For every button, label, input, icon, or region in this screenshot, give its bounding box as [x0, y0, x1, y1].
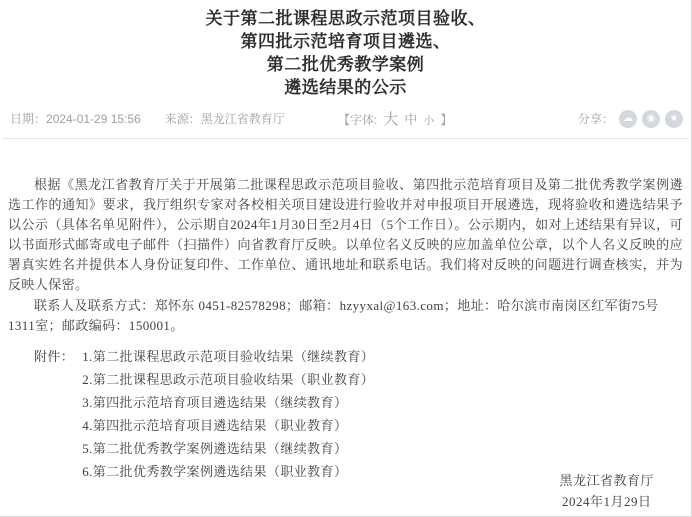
share-bar: 分享： ☁ ◉ ★	[578, 110, 683, 128]
date-label: 日期：	[10, 112, 46, 126]
attachment-item: 1.第二批课程思政示范项目验收结果（继续教育）	[82, 345, 374, 368]
attachments-section: 附件： 1.第二批课程思政示范项目验收结果（继续教育） 2.第二批课程思政示范项…	[8, 345, 683, 483]
font-switcher-prefix: 【字体:	[338, 111, 377, 128]
weibo-share-icon[interactable]: ◉	[642, 110, 660, 128]
attachment-item: 2.第二批课程思政示范项目验收结果（职业教育）	[82, 368, 374, 391]
meta-bar: 日期：2024-01-29 15:56 来源：黑龙江省教育厅 【字体: 大 中 …	[2, 99, 689, 139]
font-size-medium-button[interactable]: 中	[404, 109, 417, 128]
title-line: 遴选结果的公示	[0, 76, 691, 99]
font-size-small-button[interactable]: 小	[423, 112, 434, 128]
signature-block: 黑龙江省教育厅 2024年1月29日	[559, 470, 654, 512]
attachment-item: 5.第二批优秀教学案例遴选结果（继续教育）	[82, 437, 374, 460]
signature-org: 黑龙江省教育厅	[559, 470, 654, 491]
title-line: 第二批优秀教学案例	[0, 53, 691, 76]
attachment-item: 6.第二批优秀教学案例遴选结果（职业教育）	[82, 460, 374, 483]
main-paragraph: 根据《黑龙江省教育厅关于开展第二批课程思政示范项目验收、第四批示范培育项目及第二…	[8, 175, 683, 295]
attachment-list: 1.第二批课程思政示范项目验收结果（继续教育） 2.第二批课程思政示范项目验收结…	[82, 345, 374, 483]
source-value: 黑龙江省教育厅	[201, 112, 285, 126]
date-value: 2024-01-29 15:56	[46, 112, 141, 126]
announcement-page: 关于第二批课程思政示范项目验收、 第四批示范培育项目遴选、 第二批优秀教学案例 …	[0, 0, 692, 517]
favorite-share-icon[interactable]: ★	[665, 110, 683, 128]
page-title: 关于第二批课程思政示范项目验收、 第四批示范培育项目遴选、 第二批优秀教学案例 …	[0, 0, 691, 99]
title-line: 第四批示范培育项目遴选、	[0, 30, 691, 53]
font-switcher-suffix: 】	[440, 111, 452, 128]
attachment-item: 3.第四批示范培育项目遴选结果（继续教育）	[82, 391, 374, 414]
font-size-large-button[interactable]: 大	[383, 108, 398, 129]
publish-date: 日期：2024-01-29 15:56	[10, 110, 141, 127]
wechat-share-icon[interactable]: ☁	[619, 110, 637, 128]
title-line: 关于第二批课程思政示范项目验收、	[0, 7, 691, 30]
attachment-item: 4.第四批示范培育项目遴选结果（职业教育）	[82, 414, 374, 437]
signature-date: 2024年1月29日	[559, 491, 654, 512]
font-size-switcher: 【字体: 大 中 小 】	[338, 108, 452, 129]
share-label: 分享：	[578, 110, 614, 127]
attachments-label: 附件：	[34, 345, 74, 483]
document-body: 根据《黑龙江省教育厅关于开展第二批课程思政示范项目验收、第四批示范培育项目及第二…	[0, 175, 691, 483]
source-label: 来源：	[165, 112, 201, 126]
meta-left: 日期：2024-01-29 15:56 来源：黑龙江省教育厅	[2, 110, 309, 127]
source: 来源：黑龙江省教育厅	[165, 110, 285, 127]
contact-info: 联系人及联系方式：郑怀东 0451-82578298；邮箱：hzyyxal@16…	[8, 296, 683, 336]
